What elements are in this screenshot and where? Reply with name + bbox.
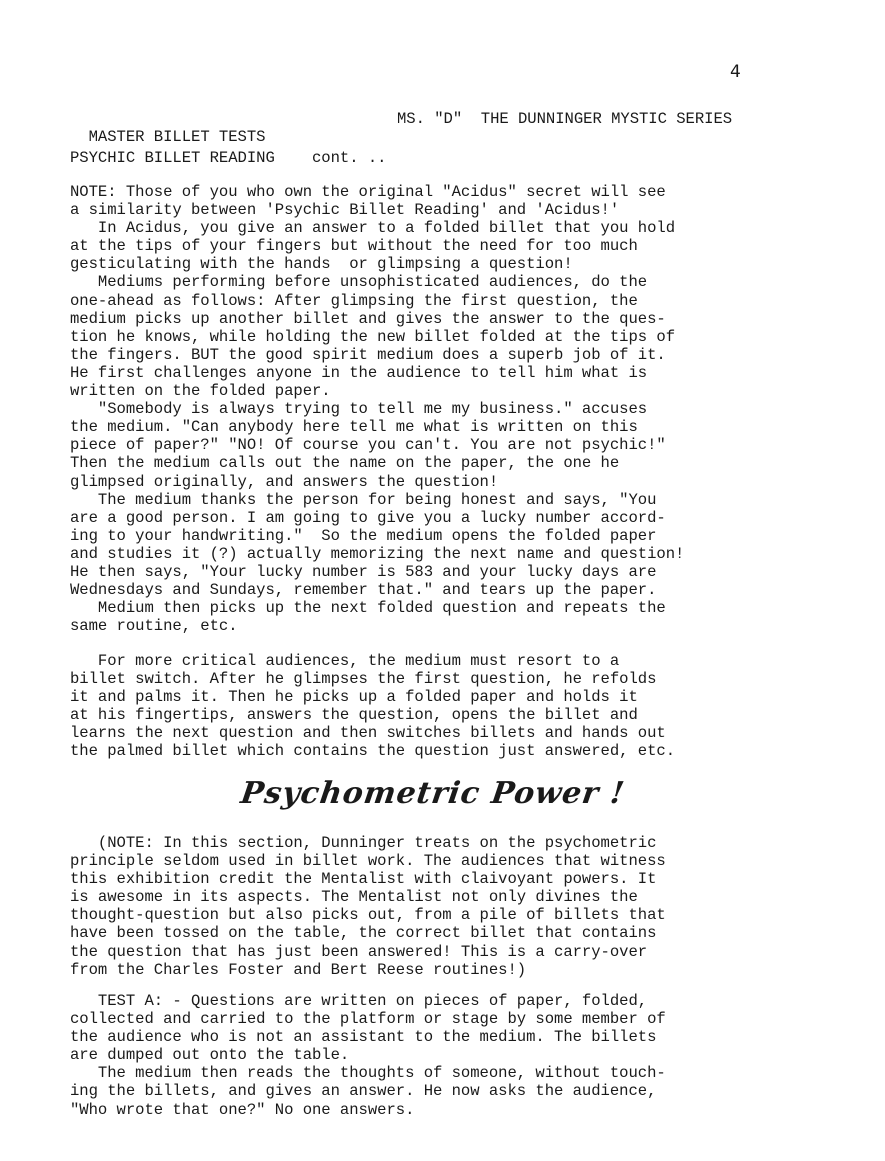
text-line: piece of paper?" "NO! Of course you can'…: [70, 436, 684, 454]
text-line: from the Charles Foster and Bert Reese r…: [70, 961, 666, 979]
text-line: He first challenges anyone in the audien…: [70, 364, 684, 382]
text-line: and studies it (?) actually memorizing t…: [70, 545, 684, 563]
paragraph-block-psychometric-note: (NOTE: In this section, Dunninger treats…: [70, 834, 666, 979]
text-line: are a good person. I am going to give yo…: [70, 509, 684, 527]
text-line: learns the next question and then switch…: [70, 724, 675, 742]
text-line: In Acidus, you give an answer to a folde…: [70, 219, 684, 237]
text-line: the audience who is not an assistant to …: [70, 1028, 666, 1046]
text-line: glimpsed originally, and answers the que…: [70, 473, 684, 491]
text-line: collected and carried to the platform or…: [70, 1010, 666, 1028]
section-title: Psychometric Power !: [0, 776, 885, 811]
header-left: MASTER BILLET TESTS: [89, 128, 266, 146]
text-line: the fingers. BUT the good spirit medium …: [70, 346, 684, 364]
text-line: same routine, etc.: [70, 617, 684, 635]
text-line: Mediums performing before unsophisticate…: [70, 273, 684, 291]
subheader: PSYCHIC BILLET READING cont. ..: [70, 149, 386, 167]
text-line: ing to your handwriting." So the medium …: [70, 527, 684, 545]
text-line: TEST A: - Questions are written on piece…: [70, 992, 666, 1010]
header-right: MS. "D" THE DUNNINGER MYSTIC SERIES: [397, 110, 732, 128]
text-line: at his fingertips, answers the question,…: [70, 706, 675, 724]
text-line: are dumped out onto the table.: [70, 1046, 666, 1064]
section-title-text: Psychometric Power !: [238, 776, 627, 811]
text-line: The medium then reads the thoughts of so…: [70, 1064, 666, 1082]
text-line: the palmed billet which contains the que…: [70, 742, 675, 760]
text-line: tion he knows, while holding the new bil…: [70, 328, 684, 346]
text-line: have been tossed on the table, the corre…: [70, 924, 666, 942]
text-line: the medium. "Can anybody here tell me wh…: [70, 418, 684, 436]
text-line: the question that has just been answered…: [70, 943, 666, 961]
text-line: medium picks up another billet and gives…: [70, 310, 684, 328]
page-number: 4: [730, 62, 741, 82]
text-line: ing the billets, and gives an answer. He…: [70, 1082, 666, 1100]
text-line: Wednesdays and Sundays, remember that." …: [70, 581, 684, 599]
text-line: thought-question but also picks out, fro…: [70, 906, 666, 924]
text-line: NOTE: Those of you who own the original …: [70, 183, 684, 201]
text-line: a similarity between 'Psychic Billet Rea…: [70, 201, 684, 219]
text-line: "Somebody is always trying to tell me my…: [70, 400, 684, 418]
text-line: (NOTE: In this section, Dunninger treats…: [70, 834, 666, 852]
text-line: it and palms it. Then he picks up a fold…: [70, 688, 675, 706]
paragraph-block-billet-switch: For more critical audiences, the medium …: [70, 652, 675, 761]
text-line: one-ahead as follows: After glimpsing th…: [70, 292, 684, 310]
text-line: principle seldom used in billet work. Th…: [70, 852, 666, 870]
text-line: this exhibition credit the Mentalist wit…: [70, 870, 666, 888]
text-line: Medium then picks up the next folded que…: [70, 599, 684, 617]
text-line: billet switch. After he glimpses the fir…: [70, 670, 675, 688]
text-line: For more critical audiences, the medium …: [70, 652, 675, 670]
text-line: The medium thanks the person for being h…: [70, 491, 684, 509]
paragraph-block-test-a: TEST A: - Questions are written on piece…: [70, 992, 666, 1119]
text-line: "Who wrote that one?" No one answers.: [70, 1101, 666, 1119]
text-line: Then the medium calls out the name on th…: [70, 454, 684, 472]
text-line: at the tips of your fingers but without …: [70, 237, 684, 255]
text-line: is awesome in its aspects. The Mentalist…: [70, 888, 666, 906]
text-line: written on the folded paper.: [70, 382, 684, 400]
paragraph-block-acidus: NOTE: Those of you who own the original …: [70, 183, 684, 635]
text-line: He then says, "Your lucky number is 583 …: [70, 563, 684, 581]
text-line: gesticulating with the hands or glimpsin…: [70, 255, 684, 273]
